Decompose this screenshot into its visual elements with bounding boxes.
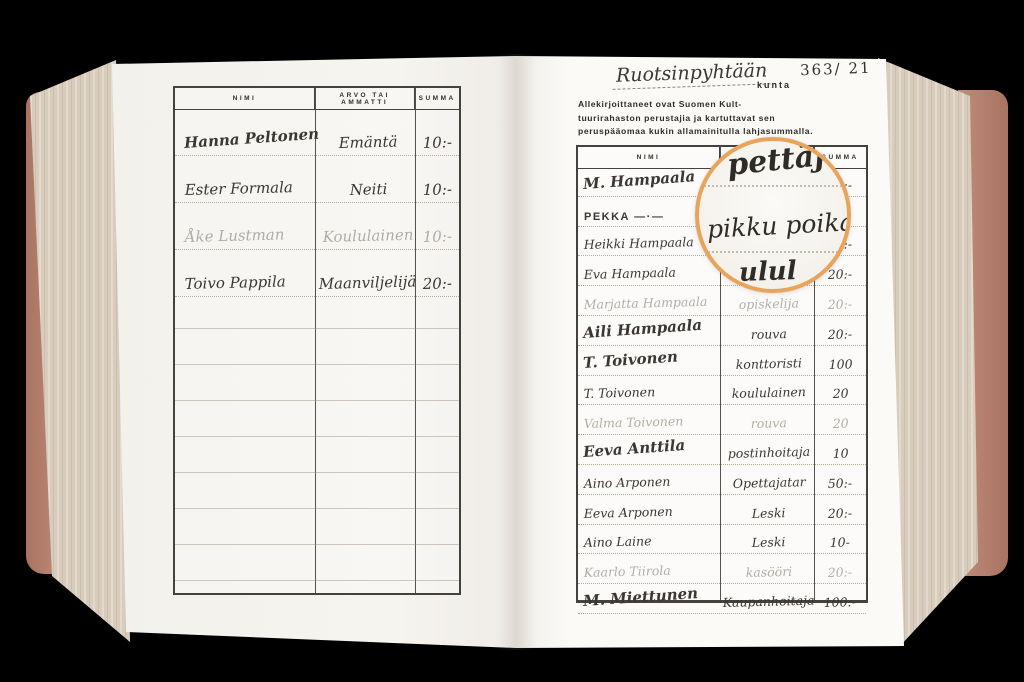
entry-occupation: konttoristi (736, 355, 803, 375)
entry-occupation: kasööri (745, 564, 792, 583)
table-row: Marjatta Hampaala opiskelija 20:- (578, 286, 866, 316)
entry-sum: 20:- (828, 296, 853, 315)
entry-sum: 100:- (824, 594, 857, 613)
entry-name: T. Toivonen (584, 385, 656, 405)
declaration-line: Allekirjoittaneet ovat Suomen Kult- (578, 98, 878, 112)
registry-table-left: NIMI ARVO TAI AMMATTI SUMMA Hanna Pelton… (173, 86, 461, 595)
header-nimi: NIMI (175, 88, 315, 109)
table-header-row: NIMI ARVO TAI AMMATTI SUMMA (175, 88, 459, 110)
table-row: Kaarlo Tiirola kasööri 20:- (578, 554, 866, 584)
table-row: Eeva Arponen Leski 20:- (578, 495, 866, 525)
entry-occupation: Kaupanhoitaja (723, 593, 815, 613)
entry-name: Aili Hampaala (583, 316, 703, 345)
entry-sum: 10 (832, 446, 848, 464)
entry-sum: 10- (830, 535, 851, 554)
declaration-line: peruspääomaa kukin allamainitulla lahjas… (578, 125, 878, 139)
entry-name: Eva Hampaala (584, 265, 677, 285)
magnified-text: pettäj (725, 138, 826, 183)
entry-name: T. Toivonen (583, 347, 679, 375)
entry-name: Toivo Pappila (184, 272, 286, 296)
entry-sum: 100 (828, 356, 852, 375)
entry-name: Hanna Peltonen (184, 125, 320, 155)
entry-sum: 20:- (828, 565, 853, 584)
header-summa: SUMMA (415, 88, 459, 109)
table-row: Aino Laine Leski 10- (578, 525, 866, 555)
entry-name: Marjatta Hampaala (584, 294, 708, 315)
entry-occupation: rouva (751, 326, 788, 345)
table-row: Valma Toivonen rouva 20 (578, 405, 866, 435)
table-row: Toivo Pappila Maanviljelijä 20:- (175, 250, 459, 297)
table-row: Åke Lustman Koululainen 10:- (175, 203, 459, 250)
entry-name: Kaarlo Tiirola (584, 563, 671, 583)
table-row: Hanna Peltonen Emäntä 10:- (175, 109, 459, 156)
page-code: 363/ 21 (800, 59, 872, 79)
entry-sum: 20:- (828, 505, 853, 524)
entry-occupation: Neiti (349, 180, 387, 202)
ruled-line (695, 185, 851, 187)
magnifier-lens[interactable]: pettäj pikku poika ulul (695, 137, 851, 293)
entry-name: PEKKA —·— (584, 211, 664, 226)
entry-name: Eeva Anttila (583, 436, 686, 464)
entry-occupation: opiskelija (738, 295, 799, 315)
table-row: Ester Formala Neiti 10:- (175, 156, 459, 203)
entry-name: M. Miettunen (583, 584, 699, 613)
screenshot-root: { "colors": { "background": "#000000", "… (0, 0, 1024, 682)
entry-occupation: Emäntä (338, 132, 397, 155)
entry-occupation: Opettajatar (732, 474, 805, 494)
entry-sum: 50:- (828, 475, 853, 494)
entry-sum: 20:- (423, 274, 453, 296)
entry-name: M. Hampaala (583, 167, 696, 196)
entry-occupation: Leski (752, 505, 786, 524)
empty-ruled-lines (175, 293, 459, 593)
entry-occupation: koululainen (732, 384, 807, 404)
entry-name: Aino Arponen (584, 474, 671, 494)
entry-name: Aino Laine (584, 534, 652, 554)
table-row: Eeva Anttila postinhoitaja 10 (578, 435, 866, 465)
table-row: M. Miettunen Kaupanhoitaja 100:- (578, 584, 866, 614)
entry-occupation: Koululainen (322, 226, 413, 249)
entry-sum: 20 (832, 386, 848, 404)
entry-occupation: Maanviljelijä (319, 272, 417, 296)
entry-name: Ester Formala (184, 178, 293, 202)
entry-sum: 20:- (828, 326, 853, 345)
table-row: Aino Arponen Opettajatar 50:- (578, 465, 866, 495)
book-gutter-shadow (498, 54, 536, 650)
entry-sum: 10:- (423, 180, 453, 202)
entry-name: Valma Toivonen (584, 414, 684, 435)
entry-occupation: Leski (752, 534, 786, 553)
table-row: Aili Hampaala rouva 20:- (578, 316, 866, 346)
header-arvo: ARVO TAI AMMATTI (315, 88, 415, 109)
entry-sum: 20:- (828, 267, 853, 286)
declaration-text: Allekirjoittaneet ovat Suomen Kult-tuuri… (578, 98, 878, 139)
ruled-line (695, 251, 851, 253)
entry-name: Heikki Hampaala (584, 235, 694, 256)
table-body: Hanna Peltonen Emäntä 10:- Ester Formala… (175, 109, 459, 297)
entry-sum: 10:- (423, 133, 453, 155)
header-nimi: NIMI (578, 147, 720, 168)
entry-sum: 10:- (423, 227, 453, 249)
entry-name: Eeva Arponen (584, 503, 673, 523)
declaration-line: tuurirahaston perustajia ja kartuttavat … (578, 112, 878, 126)
magnified-text: pikku poika (706, 207, 851, 244)
entry-occupation: postinhoitaja (727, 444, 810, 464)
table-row: T. Toivonen konttoristi 100 (578, 346, 866, 376)
entry-occupation: rouva (751, 415, 788, 434)
table-row: T. Toivonen koululainen 20 (578, 376, 866, 406)
magnified-text: ulul (738, 256, 797, 288)
municipality-label: kunta (757, 80, 791, 90)
entry-sum: 20 (832, 416, 848, 434)
entry-name: Åke Lustman (184, 225, 284, 249)
